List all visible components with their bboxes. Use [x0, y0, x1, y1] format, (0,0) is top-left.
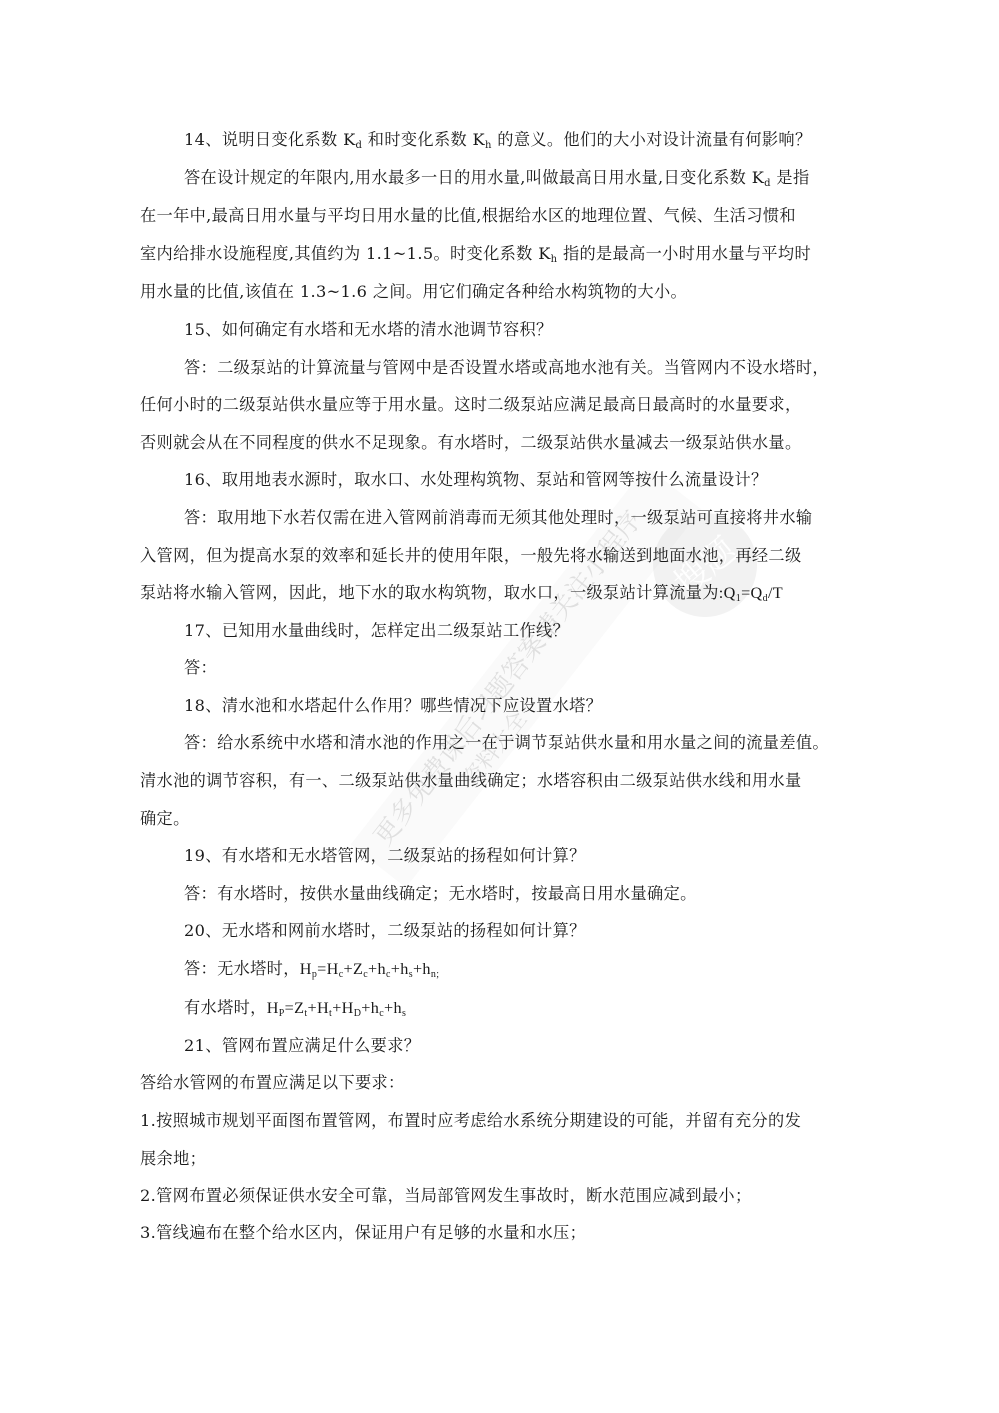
question-21: 21、管网布置应满足什么要求？ [184, 1035, 860, 1057]
answer-16-line-1: 答：取用地下水若仅需在进入管网前消毒而无须其他处理时，一级泵站可直接将井水输 [184, 507, 860, 529]
answer-21-item-1: 1.按照城市规划平面图布置管网，布置时应考虑给水系统分期建设的可能，并留有充分的… [140, 1110, 860, 1132]
answer-14-line-1: 答在设计规定的年限内,用水最多一日的用水量,叫做最高日用水量,日变化系数 Kd … [184, 167, 860, 189]
answer-21-item-2: 2.管网布置必须保证供水安全可靠，当局部管网发生事故时，断水范围应减到最小； [140, 1185, 860, 1207]
answer-19: 答：有水塔时，按供水量曲线确定；无水塔时，按最高日用水量确定。 [184, 883, 860, 905]
answer-14-line-2: 在一年中,最高日用水量与平均日用水量的比值,根据给水区的地理位置、气候、生活习惯… [140, 205, 860, 227]
answer-15-line-2: 任何小时的二级泵站供水量应等于用水量。这时二级泵站应满足最高日最高时的水量要求， [140, 394, 860, 416]
answer-21-intro: 答给水管网的布置应满足以下要求： [140, 1072, 860, 1094]
question-16: 16、取用地表水源时，取水口、水处理构筑物、泵站和管网等按什么流量设计？ [184, 469, 860, 491]
answer-15-line-3: 否则就会从在不同程度的供水不足现象。有水塔时，二级泵站供水量减去一级泵站供水量。 [140, 432, 860, 454]
question-15: 15、如何确定有水塔和无水塔的清水池调节容积？ [184, 319, 860, 341]
question-20: 20、无水塔和网前水塔时，二级泵站的扬程如何计算？ [184, 920, 860, 942]
answer-18-line-1: 答：给水系统中水塔和清水池的作用之一在于调节泵站供水量和用水量之间的流量差值。 [184, 732, 860, 754]
answer-15-line-1: 答：二级泵站的计算流量与管网中是否设置水塔或高地水池有关。当管网内不设水塔时， [184, 357, 860, 379]
question-17: 17、已知用水量曲线时，怎样定出二级泵站工作线？ [184, 620, 860, 642]
answer-20-line-2: 有水塔时，HP=Zt+Ht+HD+hc+hs [184, 997, 860, 1019]
document-page: 更多免费课后习题答案请关注小程序 资料大全 搜题 14、说明日变化系数 Kd 和… [0, 0, 999, 1413]
answer-17: 答： [184, 657, 860, 679]
answer-18-line-2: 清水池的调节容积，有一、二级泵站供水量曲线确定；水塔容积由二级泵站供水线和用水量 [140, 770, 860, 792]
question-19: 19、有水塔和无水塔管网，二级泵站的扬程如何计算？ [184, 845, 860, 867]
answer-18-line-3: 确定。 [140, 808, 860, 830]
question-18: 18、清水池和水塔起什么作用？哪些情况下应设置水塔？ [184, 695, 860, 717]
answer-16-line-2: 入管网，但为提高水泵的效率和延长井的使用年限，一般先将水输送到地面水池，再经二级 [140, 545, 860, 567]
answer-16-line-3: 泵站将水输入管网，因此，地下水的取水构筑物，取水口，一级泵站计算流量为:Q1=Q… [140, 582, 860, 604]
answer-14-line-4: 用水量的比值,该值在 1.3~1.6 之间。用它们确定各种给水构筑物的大小。 [140, 281, 860, 303]
answer-14-line-3: 室内给排水设施程度,其值约为 1.1~1.5。时变化系数 Kh 指的是最高一小时… [140, 243, 860, 265]
answer-21-item-1-cont: 展余地； [140, 1148, 860, 1170]
question-14: 14、说明日变化系数 Kd 和时变化系数 Kh 的意义。他们的大小对设计流量有何… [184, 129, 860, 151]
answer-21-item-3: 3.管线遍布在整个给水区内，保证用户有足够的水量和水压； [140, 1222, 860, 1244]
answer-20-line-1: 答：无水塔时，Hp=Hc+Zc+hc+hs+hn; [184, 958, 860, 980]
